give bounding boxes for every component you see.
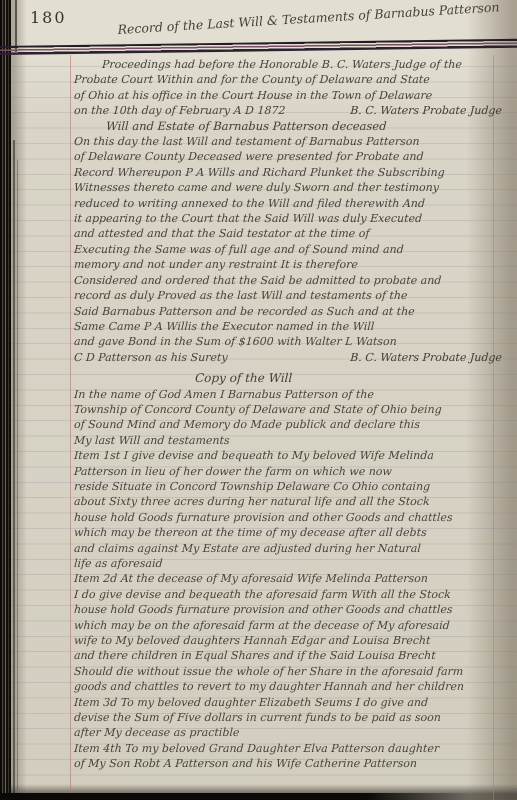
will-copy-section: Copy of the Will In the name of God Amen… — [74, 371, 502, 772]
date-line: on the 10th day of February A D 1872 — [74, 103, 286, 118]
handwritten-line: Said Barnabus Patterson and be recorded … — [74, 304, 503, 319]
handwritten-line: of Delaware County Deceased were present… — [74, 149, 503, 164]
handwritten-line: My last Will and testaments — [74, 433, 503, 448]
handwritten-content: Proceedings had before the Honorable B. … — [74, 57, 502, 772]
handwritten-line: it appearing to the Court that the Said … — [74, 211, 503, 226]
handwritten-line: which may be thereon at the time of my d… — [74, 525, 503, 540]
handwritten-line: about Sixty three acres during her natur… — [74, 494, 503, 509]
will-copy-heading: Copy of the Will — [195, 371, 503, 386]
page-edge-line — [15, 0, 17, 52]
handwritten-line: Considered and ordered that the Said be … — [74, 273, 503, 288]
page-number: 180 — [30, 8, 67, 27]
handwritten-line: Patterson in lieu of her dower the farm … — [74, 464, 503, 479]
surety-line: C D Patterson as his Surety — [74, 350, 228, 365]
handwritten-line: of Sound Mind and Memory do Made publick… — [74, 417, 503, 432]
handwritten-line: Township of Concord County of Delaware a… — [74, 402, 503, 417]
handwritten-line: On this day the last Will and testament … — [74, 134, 503, 149]
judge-signature: B. C. Waters Probate Judge — [350, 350, 503, 365]
handwritten-line: wife to My beloved daughters Hannah Edga… — [74, 633, 503, 648]
handwritten-line: and claims against My Estate are adjuste… — [74, 541, 503, 556]
handwritten-line: Item 4th To my beloved Grand Daughter El… — [74, 741, 503, 756]
page-edge-line — [17, 160, 18, 790]
book-binding-edge — [0, 0, 11, 800]
handwritten-line: of My Son Robt A Patterson and his Wife … — [74, 756, 503, 771]
handwritten-line: goods and chattles to revert to my daugh… — [74, 679, 503, 694]
handwritten-line: and attested and that the Said testator … — [74, 226, 503, 241]
handwritten-line: Probate Court Within and for the County … — [74, 72, 503, 87]
record-book-photo: 180 Record of the Last Will & Testaments… — [0, 0, 517, 800]
handwritten-line: In the name of God Amen I Barnabus Patte… — [74, 387, 503, 402]
handwritten-line: Record Whereupon P A Wills and Richard P… — [74, 165, 503, 180]
handwritten-line: after My decease as practible — [74, 725, 503, 740]
handwritten-line: Item 2d At the decease of My aforesaid W… — [74, 571, 503, 586]
proceedings-paragraph: Proceedings had before the Honorable B. … — [74, 57, 502, 119]
handwritten-line: Item 1st I give devise and bequeath to M… — [74, 448, 503, 463]
surety-signature-row: C D Patterson as his Surety B. C. Waters… — [74, 350, 503, 365]
handwritten-line: which may be on the aforesaid farm at th… — [74, 618, 503, 633]
probate-entry-heading: Will and Estate of Barnabus Patterson de… — [106, 119, 503, 134]
handwritten-line: record as duly Proved as the last Will a… — [74, 288, 503, 303]
handwritten-line: life as aforesaid — [74, 556, 503, 571]
handwritten-line: Same Came P A Willis the Executor named … — [74, 319, 503, 334]
handwritten-line: memory and not under any restraint It is… — [74, 257, 503, 272]
page-edge-line — [13, 140, 15, 794]
handwritten-line: reduced to writing annexed to the Will a… — [74, 196, 503, 211]
handwritten-line: Should die without issue the whole of he… — [74, 664, 503, 679]
handwritten-line: devise the Sum of Five dollars in curren… — [74, 710, 503, 725]
handwritten-line: Witnesses thereto came and were duly Swo… — [74, 180, 503, 195]
handwritten-line: Executing the Same was of full age and o… — [74, 242, 503, 257]
left-margin-line — [70, 55, 71, 800]
handwritten-line: Proceedings had before the Honorable B. … — [74, 57, 503, 72]
handwritten-line: reside Situate in Concord Township Delaw… — [74, 479, 503, 494]
handwritten-line: house hold Goods furnature provision and… — [74, 510, 503, 525]
handwritten-line: Item 3d To my beloved daughter Elizabeth… — [74, 695, 503, 710]
handwritten-line: and there children in Equal Shares and i… — [74, 648, 503, 663]
handwritten-line: I do give devise and bequeath the afores… — [74, 587, 503, 602]
handwritten-line: house hold Goods furnature provision and… — [74, 602, 503, 617]
probate-entry: Will and Estate of Barnabus Patterson de… — [74, 119, 502, 366]
book-bottom-edge — [0, 793, 470, 800]
handwritten-line: and gave Bond in the Sum of $1600 with W… — [74, 334, 503, 349]
handwritten-line: of Ohio at his office in the Court House… — [74, 88, 503, 103]
judge-signature: B. C. Waters Probate Judge — [350, 103, 503, 118]
proceedings-date-signature-row: on the 10th day of February A D 1872 B. … — [74, 103, 503, 118]
